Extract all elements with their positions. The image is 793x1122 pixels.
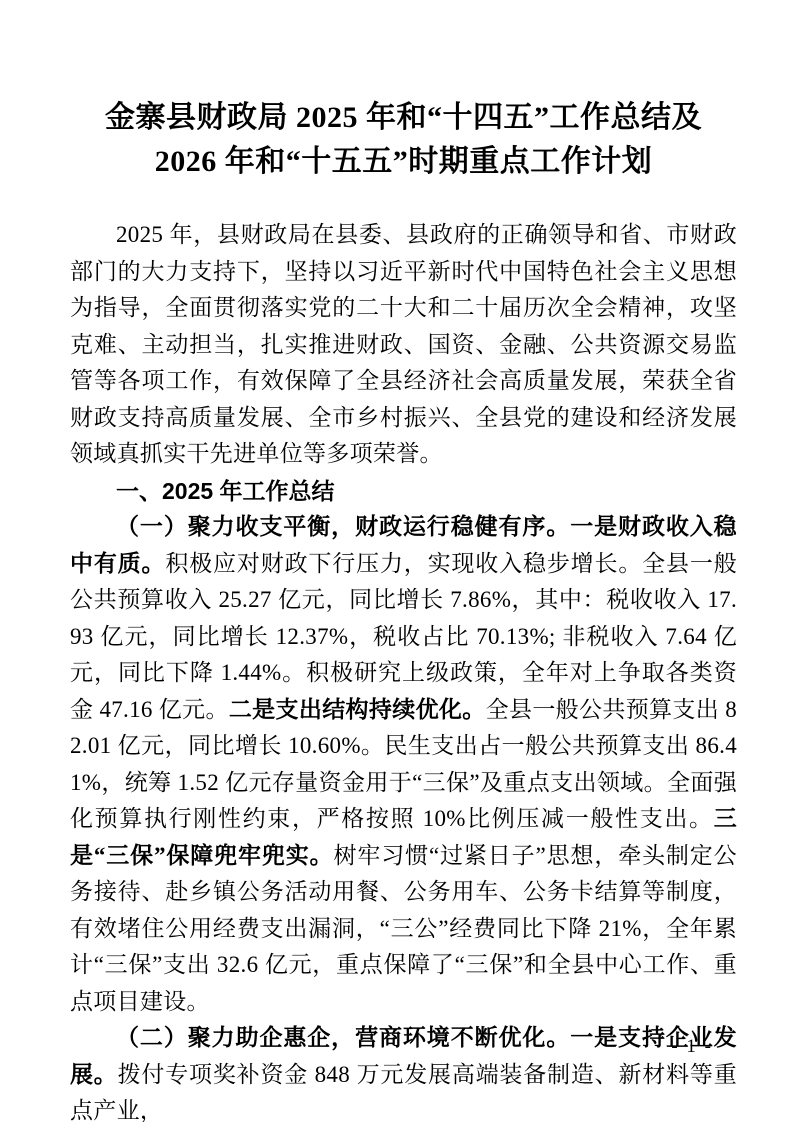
title-line-2: 2026 年和“十五五”时期重点工作计划: [70, 140, 737, 184]
text-segment: 2025 年，县财政局在县委、县政府的正确领导和省、市财政部门的大力支持下，坚持…: [70, 222, 737, 466]
document-body: 2025 年，县财政局在县委、县政府的正确领导和省、市财政部门的大力支持下，坚持…: [70, 217, 737, 1122]
text-segment: 二是支出结构持续优化。: [229, 697, 486, 722]
document-page: 金寨县财政局 2025 年和“十四五”工作总结及 2026 年和“十五五”时期重…: [0, 0, 793, 1122]
page-number: - 1 -: [671, 1036, 713, 1058]
section-heading-2025-work-summary: 一、2025 年工作总结: [70, 473, 737, 510]
document-title: 金寨县财政局 2025 年和“十四五”工作总结及 2026 年和“十五五”时期重…: [70, 96, 737, 184]
text-segment: 一、2025 年工作总结: [116, 478, 335, 504]
paragraph-fiscal-balance: （一）聚力收支平衡，财政运行稳健有序。一是财政收入稳中有质。积极应对财政下行压力…: [70, 509, 737, 1020]
paragraph-business-environment: （二）聚力助企惠企，营商环境不断优化。一是支持企业发展。拨付专项奖补资金 848…: [70, 1020, 737, 1122]
title-line-1: 金寨县财政局 2025 年和“十四五”工作总结及: [70, 96, 737, 140]
intro-paragraph: 2025 年，县财政局在县委、县政府的正确领导和省、市财政部门的大力支持下，坚持…: [70, 217, 737, 473]
text-segment: 拨付专项奖补资金 848 万元发展高端装备制造、新材料等重点产业，: [70, 1062, 737, 1122]
text-segment: 树牢习惯“过紧日子”思想，牵头制定公务接待、赴乡镇公务活动用餐、公务用车、公务卡…: [70, 843, 737, 1014]
